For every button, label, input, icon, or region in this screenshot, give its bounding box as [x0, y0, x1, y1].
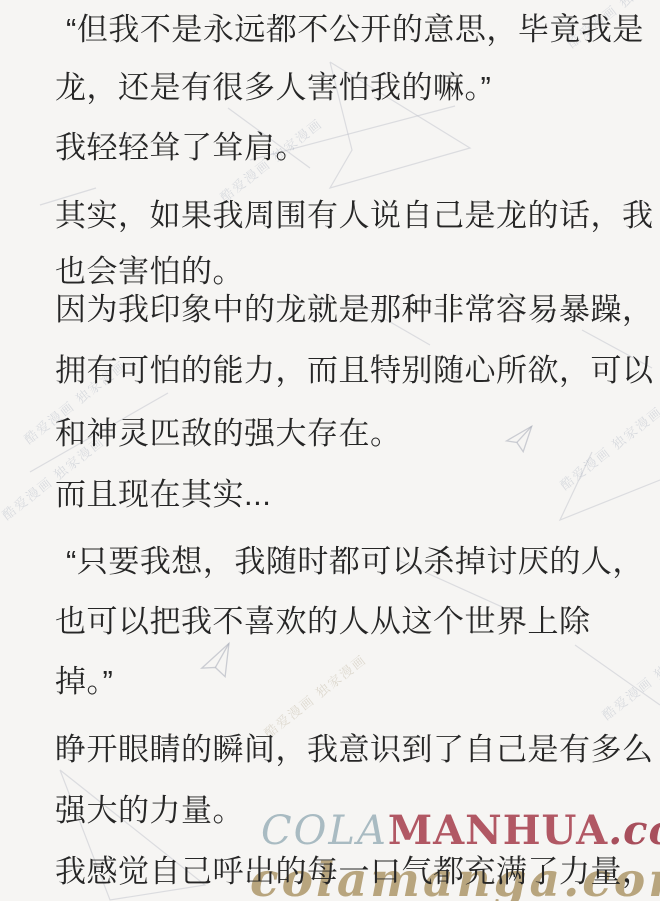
text-line: 我感觉自己呼出的每一口气都充满了力量， — [55, 856, 654, 887]
manhua-text-page: 酷爱漫画 独家漫画 酷爱漫画 独家漫画 酷爱漫画 独家漫画 酷爱漫画 独家漫画 … — [0, 0, 660, 901]
text-line: “只要我想，我随时都可以杀掉讨厌的人， — [66, 546, 644, 577]
text-line: 睁开眼睛的瞬间，我意识到了自己是有多么 — [55, 734, 654, 765]
watermark-cola-part: COLA — [261, 808, 388, 854]
text-line: 其实，如果我周围有人说自己是龙的话，我 — [55, 200, 654, 231]
text-line: 强大的力量。 — [55, 795, 244, 826]
watermark-colamanhua: COLAMANHUA.com — [261, 811, 660, 851]
text-line: “但我不是永远都不公开的意思，毕竟我是 — [66, 14, 644, 45]
watermark-dotcom-part: .com — [608, 807, 660, 854]
text-line: 我轻轻耸了耸肩。 — [55, 132, 307, 163]
text-line: 龙，还是有很多人害怕我的嘛。” — [55, 72, 491, 103]
text-line: 拥有可怕的能力，而且特别随心所欲，可以 — [55, 355, 654, 386]
watermark-manhua-part: MANHUA — [388, 807, 608, 854]
story-text: “但我不是永远都不公开的意思，毕竟我是 龙，还是有很多人害怕我的嘛。” 我轻轻耸… — [0, 0, 660, 901]
text-line: 掉。” — [55, 666, 113, 697]
text-line: 而且现在其实... — [55, 479, 271, 510]
text-line: 和神灵匹敌的强大存在。 — [55, 418, 402, 449]
text-line: 因为我印象中的龙就是那种非常容易暴躁， — [55, 294, 654, 325]
text-line: 也可以把我不喜欢的人从这个世界上除 — [55, 606, 591, 637]
text-line: 也会害怕的。 — [55, 256, 244, 287]
